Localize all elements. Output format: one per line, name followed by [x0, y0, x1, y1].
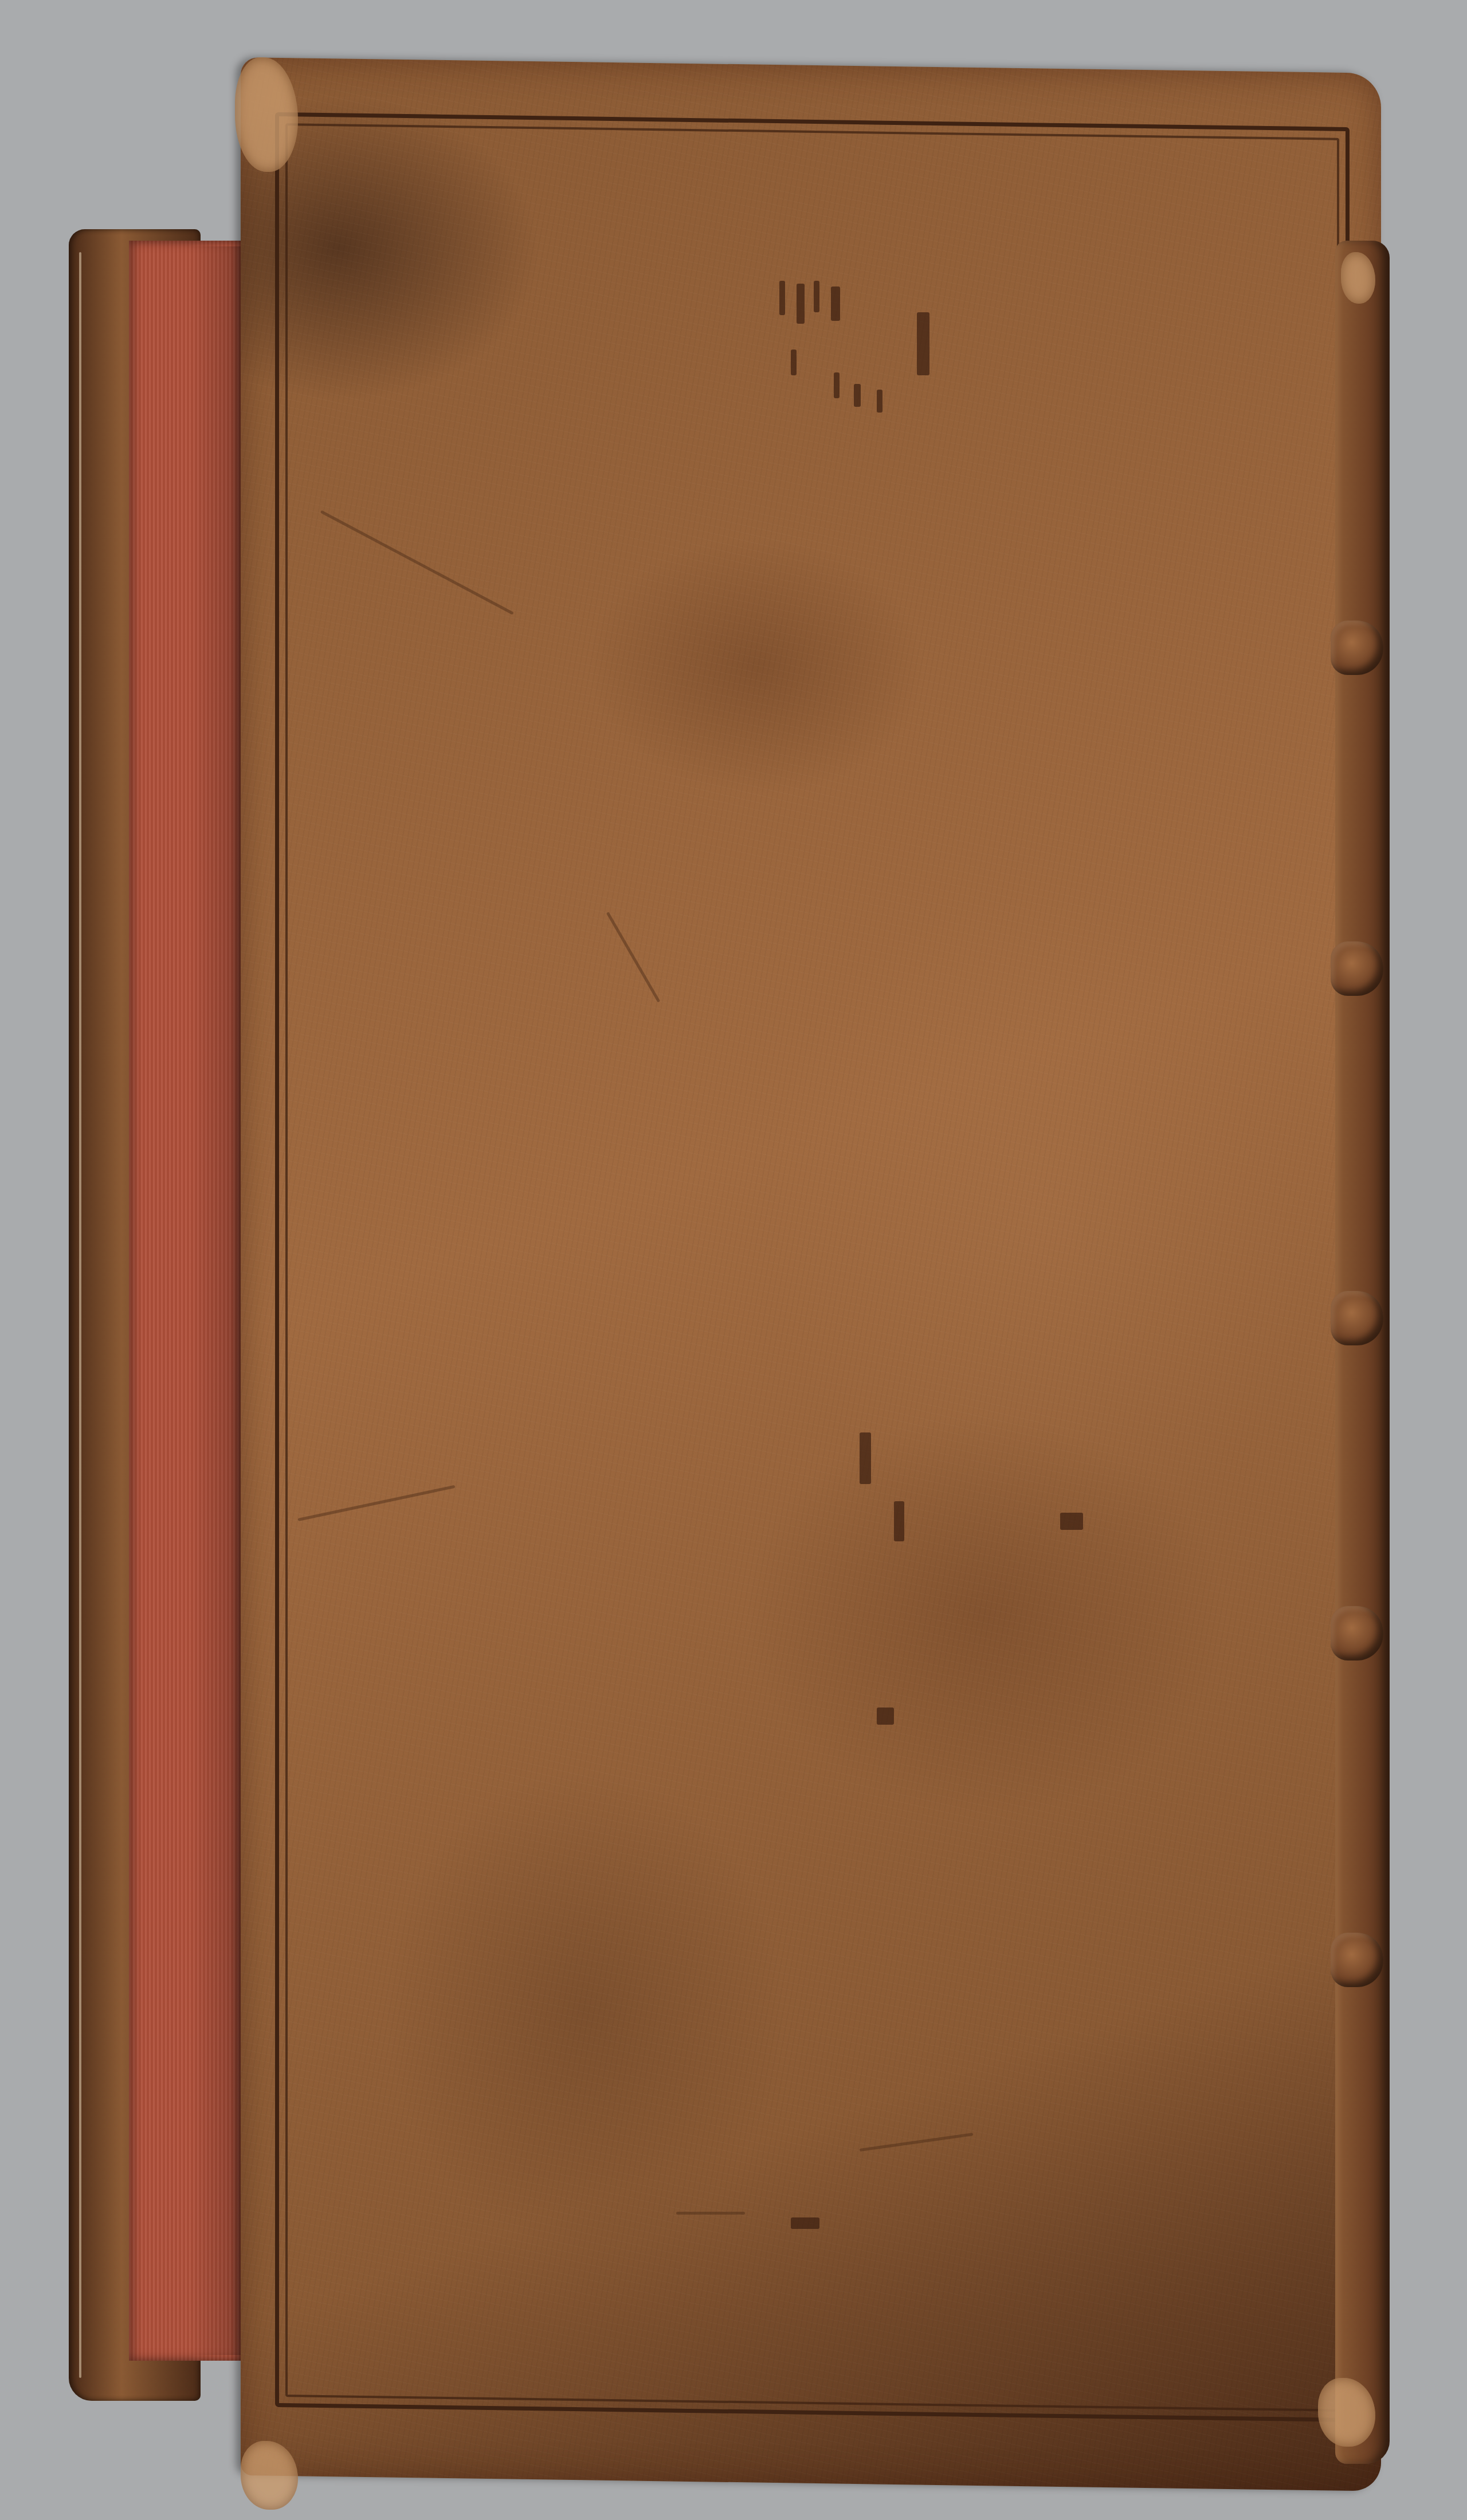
ink-trace — [877, 1708, 894, 1725]
back-board-fillet — [79, 252, 81, 2378]
raised-band — [1331, 941, 1383, 996]
ink-trace — [791, 2217, 819, 2229]
front-cover — [241, 57, 1381, 2491]
ink-trace — [894, 1501, 904, 1541]
ink-trace — [834, 372, 840, 398]
antique-book — [0, 0, 1467, 2520]
raised-band — [1331, 1933, 1383, 1987]
scratch — [676, 2212, 745, 2215]
raised-band — [1331, 1291, 1383, 1345]
ink-trace — [831, 286, 840, 321]
ink-trace — [791, 350, 797, 375]
ink-trace — [814, 281, 819, 312]
raised-band — [1331, 1606, 1383, 1661]
ink-trace — [917, 312, 929, 375]
ink-trace — [1060, 1513, 1083, 1530]
ink-trace — [779, 281, 785, 315]
raised-band — [1331, 621, 1383, 675]
ink-trace — [854, 384, 861, 407]
ink-trace — [797, 284, 805, 324]
spine-edge — [1335, 241, 1390, 2464]
leather-grain — [241, 57, 1381, 2491]
ink-trace — [877, 390, 882, 413]
ink-trace — [860, 1432, 871, 1484]
